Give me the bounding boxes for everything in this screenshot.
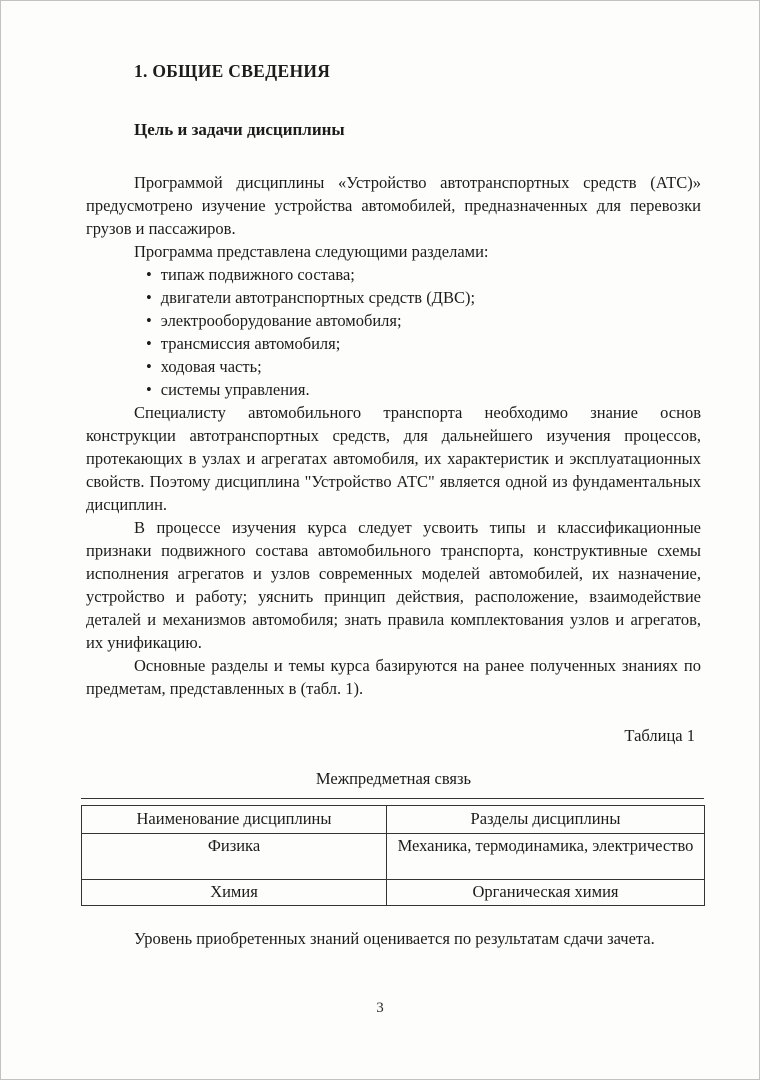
list-item: типаж подвижного состава; (146, 263, 701, 286)
table-cell-sections: Механика, термодинамика, электричество (387, 834, 705, 880)
paragraph-base-knowledge: Основные разделы и темы курса базируются… (86, 654, 701, 700)
table-cell-sections: Органическая химия (387, 880, 705, 906)
subjects-table: Наименование дисциплины Разделы дисципли… (81, 805, 705, 906)
table-cell-discipline: Химия (82, 880, 387, 906)
paragraph-specialist: Специалисту автомобильного транспорта не… (86, 401, 701, 516)
page-content: 1. ОБЩИЕ СВЕДЕНИЯ Цель и задачи дисципли… (1, 1, 759, 950)
course-sections-list: типаж подвижного состава; двигатели авто… (86, 263, 701, 401)
list-item: ходовая часть; (146, 355, 701, 378)
paragraph-course-process: В процессе изучения курса следует усвоит… (86, 516, 701, 654)
page-number: 3 (1, 1000, 759, 1017)
table-header-row: Наименование дисциплины Разделы дисципли… (82, 806, 705, 834)
subjects-table-wrapper: Наименование дисциплины Разделы дисципли… (81, 798, 704, 906)
list-item: трансмиссия автомобиля; (146, 332, 701, 355)
paragraph-sections-lead: Программа представлена следующими раздел… (86, 240, 701, 263)
section-heading: 1. ОБЩИЕ СВЕДЕНИЯ (134, 61, 701, 82)
table-cell-discipline: Физика (82, 834, 387, 880)
table-header-sections: Разделы дисциплины (387, 806, 705, 834)
subsection-heading: Цель и задачи дисциплины (134, 120, 701, 140)
document-page: 1. ОБЩИЕ СВЕДЕНИЯ Цель и задачи дисципли… (0, 0, 760, 1080)
table-row: Физика Механика, термодинамика, электрич… (82, 834, 705, 880)
paragraph-intro: Программой дисциплины «Устройство автотр… (86, 171, 701, 240)
paragraph-assessment: Уровень приобретенных знаний оценивается… (86, 927, 701, 950)
table-row: Химия Органическая химия (82, 880, 705, 906)
list-item: системы управления. (146, 378, 701, 401)
list-item: двигатели автотранспортных средств (ДВС)… (146, 286, 701, 309)
table-caption: Межпредметная связь (86, 769, 701, 789)
table-label: Таблица 1 (86, 726, 701, 746)
table-header-discipline: Наименование дисциплины (82, 806, 387, 834)
list-item: электрооборудование автомобиля; (146, 309, 701, 332)
